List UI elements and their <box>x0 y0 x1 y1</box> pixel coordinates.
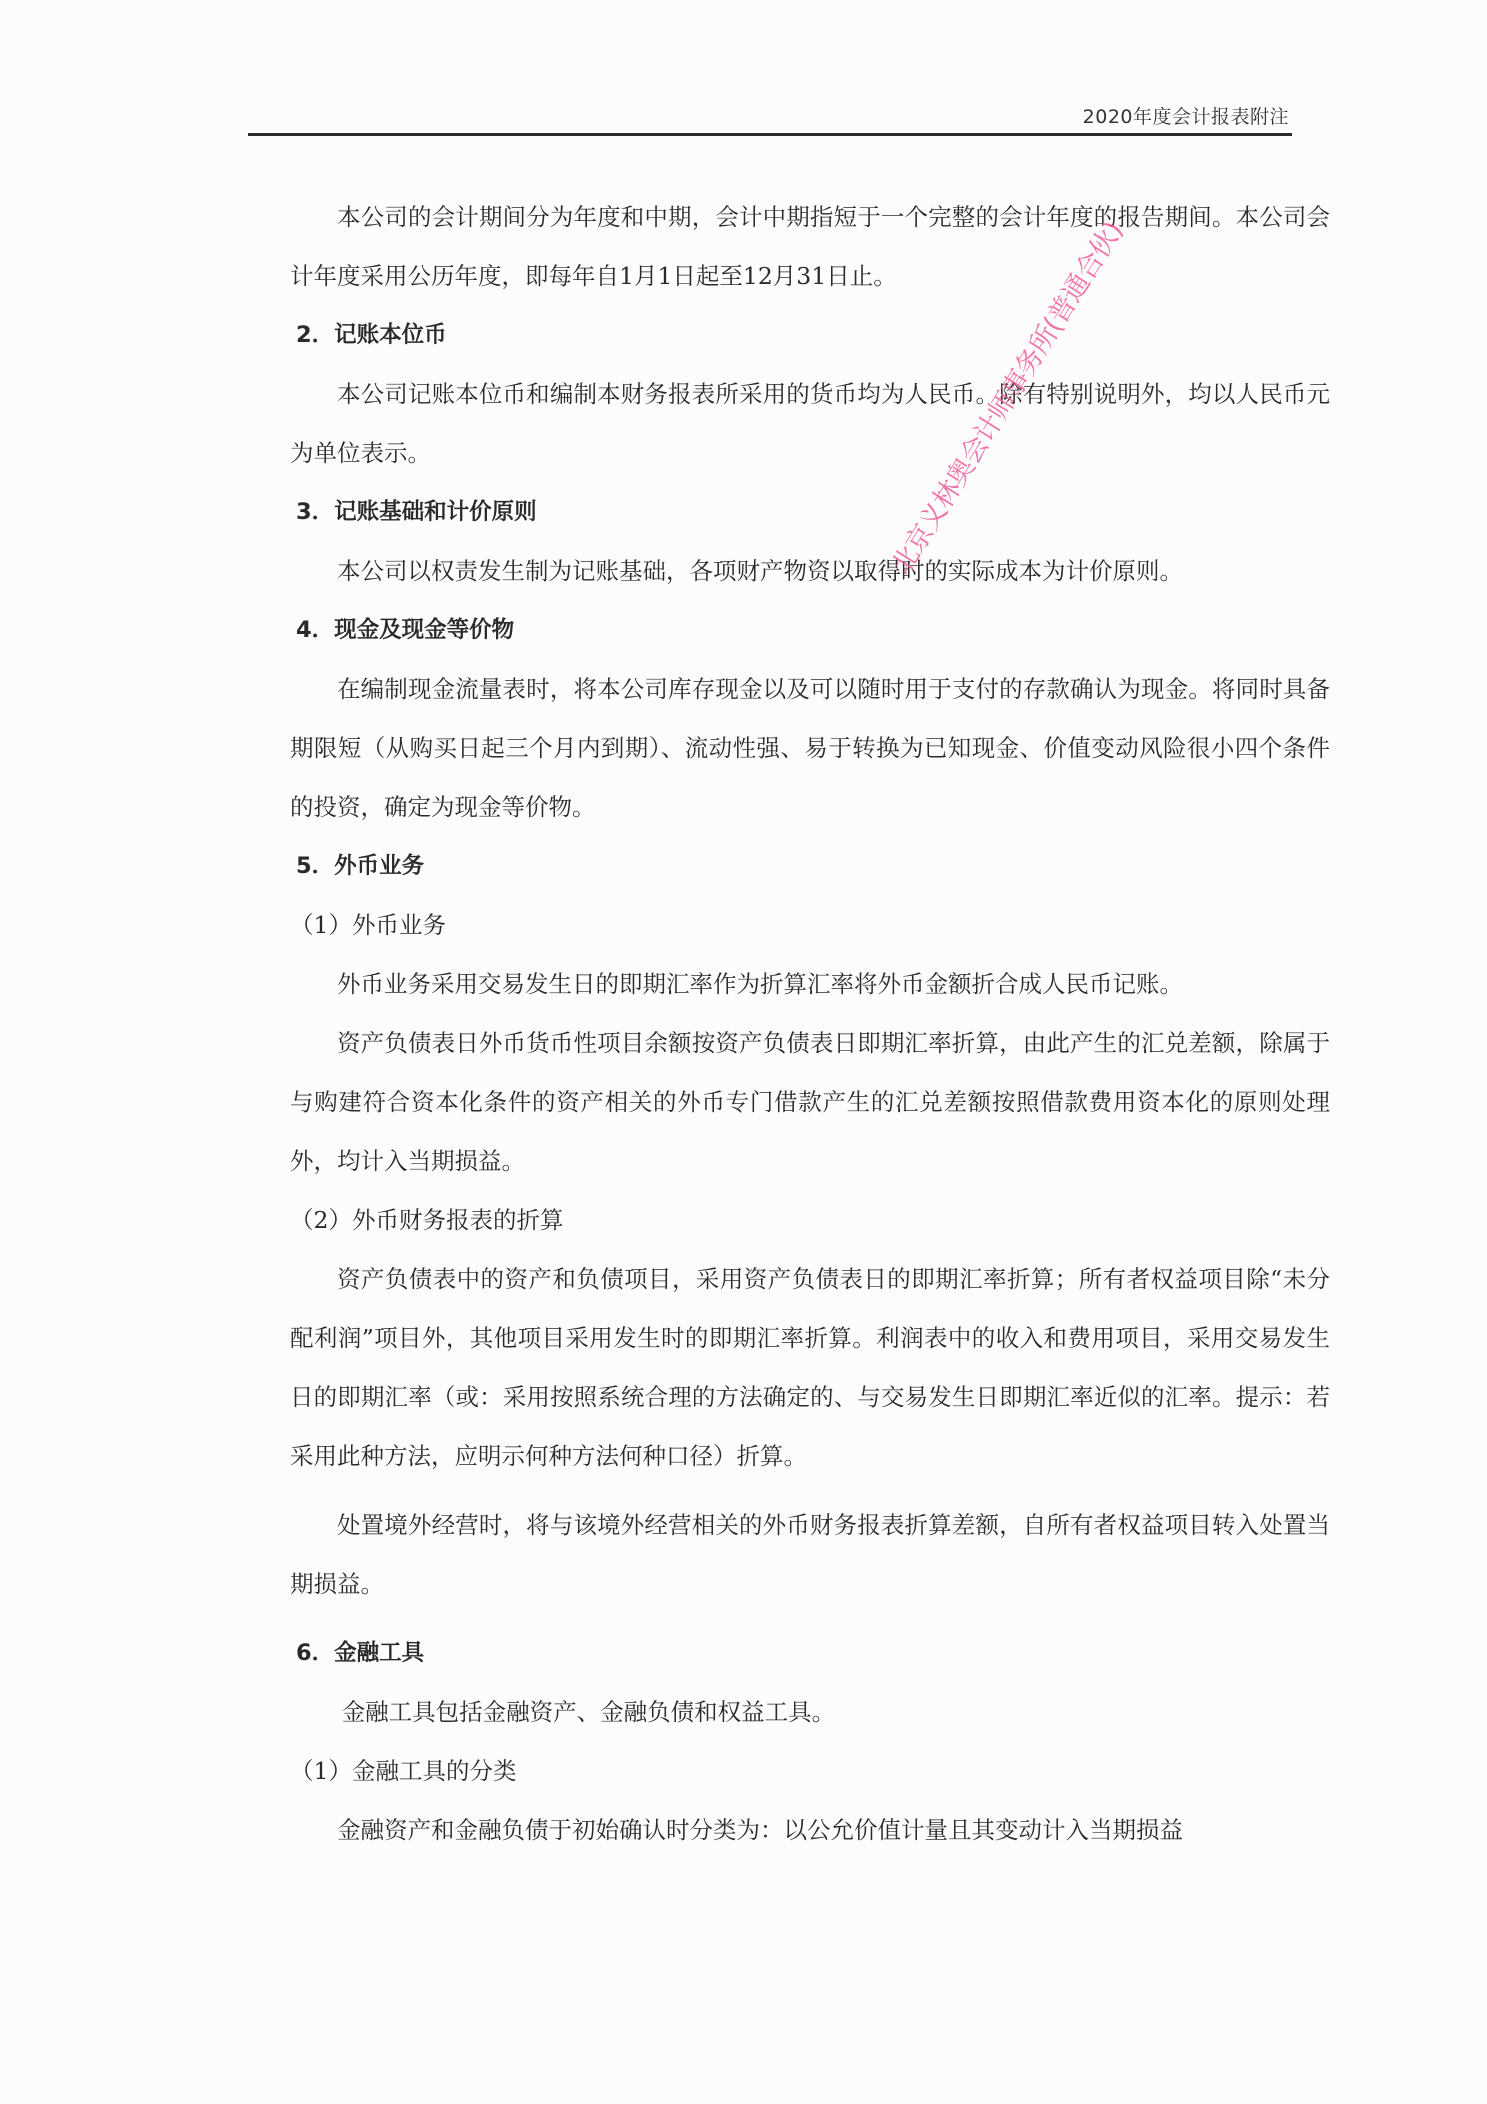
paragraph-accounting-basis: 本公司以权责发生制为记账基础，各项财产物资以取得时的实际成本为计价原则。 <box>290 542 1330 601</box>
paragraph-fx-transactions-1: 外币业务采用交易发生日的即期汇率作为折算汇率将外币金额折合成人民币记账。 <box>290 955 1330 1014</box>
heading-cash-equivalents: 4．现金及现金等价物 <box>290 601 1330 660</box>
paragraph-financial-instruments: 金融工具包括金融资产、金融负债和权益工具。 <box>290 1683 1330 1742</box>
heading-accounting-basis: 3．记账基础和计价原则 <box>290 483 1330 542</box>
subheading-foreign-currency-transactions: （1）外币业务 <box>290 896 1330 955</box>
paragraph-functional-currency: 本公司记账本位币和编制本财务报表所采用的货币均为人民币。除有特别说明外，均以人民… <box>290 365 1330 483</box>
heading-foreign-currency: 5．外币业务 <box>290 837 1330 896</box>
subheading-fx-statement-translation: （2）外币财务报表的折算 <box>290 1191 1330 1250</box>
heading-financial-instruments: 6．金融工具 <box>290 1624 1330 1683</box>
paragraph-accounting-period: 本公司的会计期间分为年度和中期，会计中期指短于一个完整的会计年度的报告期间。本公… <box>290 188 1330 306</box>
subheading-fi-classification: （1）金融工具的分类 <box>290 1742 1330 1801</box>
page-header-title: 2020年度会计报表附注 <box>1083 102 1289 129</box>
header-divider <box>248 133 1292 136</box>
document-body: 本公司的会计期间分为年度和中期，会计中期指短于一个完整的会计年度的报告期间。本公… <box>290 188 1330 1860</box>
heading-functional-currency: 2．记账本位币 <box>290 306 1330 365</box>
paragraph-fx-translation-2: 处置境外经营时，将与该境外经营相关的外币财务报表折算差额，自所有者权益项目转入处… <box>290 1496 1330 1614</box>
paragraph-fi-classification: 金融资产和金融负债于初始确认时分类为：以公允价值计量且其变动计入当期损益 <box>290 1801 1330 1860</box>
paragraph-fx-translation-1: 资产负债表中的资产和负债项目，采用资产负债表日的即期汇率折算；所有者权益项目除“… <box>290 1250 1330 1486</box>
paragraph-cash-equivalents: 在编制现金流量表时，将本公司库存现金以及可以随时用于支付的存款确认为现金。将同时… <box>290 660 1330 837</box>
paragraph-fx-transactions-2: 资产负债表日外币货币性项目余额按资产负债表日即期汇率折算，由此产生的汇兑差额，除… <box>290 1014 1330 1191</box>
